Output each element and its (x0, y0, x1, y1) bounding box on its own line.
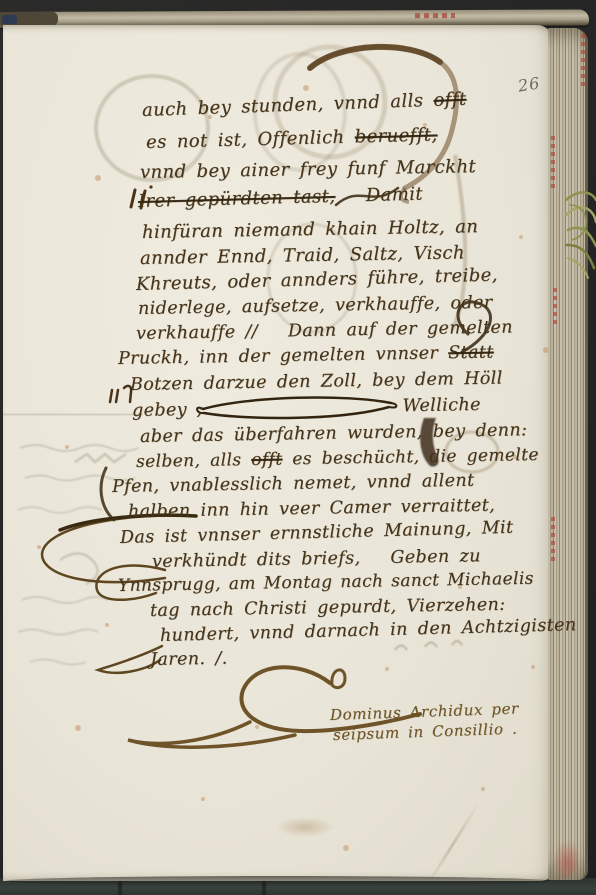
manuscript-line-12: gebey ; Welliche (132, 395, 481, 421)
manuscript-line-6: annder Ennd, Traid, Saltz, Visch (140, 242, 465, 269)
manuscript-line-3: vnnd bey ainer frey funf Marckht (140, 156, 476, 183)
manuscript-text-block: auch bey stunden, vnnd alls offtes not i… (0, 0, 596, 895)
cancelled-text: Statt (448, 342, 494, 363)
manuscript-line-8: niderlege, aufsetze, verkhauffe, oder (138, 293, 493, 319)
manuscript-line-19: Ynnsprugg, am Montag nach sanct Michaeli… (118, 569, 534, 596)
manuscript-line-18: verkhündt dits briefs, Geben zu (152, 546, 481, 572)
manuscript-line-4: Irer gepürdten tast, Damit (138, 184, 424, 212)
manuscript-line-17: Das ist vnnser ernnstliche Mainung, Mit (120, 518, 514, 548)
manuscript-line-7: Khreuts, oder annders führe, treibe, (136, 265, 498, 295)
cancelled-text: offt (433, 89, 467, 111)
manuscript-line-1: auch bey stunden, vnnd alls offt (142, 89, 467, 121)
archival-scan-backdrop: 26 (0, 0, 596, 895)
manuscript-line-9: verkhauffe // Dann auf der gemelten (136, 317, 513, 344)
manuscript-line-10: Pruckh, inn der gemelten vnnser Statt (118, 342, 494, 369)
manuscript-line-2: es not ist, Offenlich beruefft, (146, 124, 438, 153)
manuscript-line-20: tag nach Christi gepurdt, Vierzehen: (150, 595, 506, 621)
manuscript-line-13: aber das überfahren wurden, bey denn: (140, 420, 528, 447)
manuscript-line-14: selben, alls offt es beschücht, die geme… (136, 445, 539, 472)
cancelled-text: beruefft, (354, 124, 437, 147)
manuscript-line-11: Botzen darzue den Zoll, bey dem Höll (130, 368, 503, 395)
manuscript-line-16: halben inn hin veer Camer verraittet, (128, 496, 495, 522)
cancelled-text: offt (251, 449, 283, 470)
cancelled-text: Irer gepürdten tast, (138, 186, 336, 212)
manuscript-line-15: Pfen, vnablesslich nemet, vnnd allent (112, 471, 475, 497)
manuscript-line-5: hinfüran niemand khain Holtz, an (142, 216, 479, 243)
manuscript-line-22: Jaren. /. (150, 649, 228, 670)
